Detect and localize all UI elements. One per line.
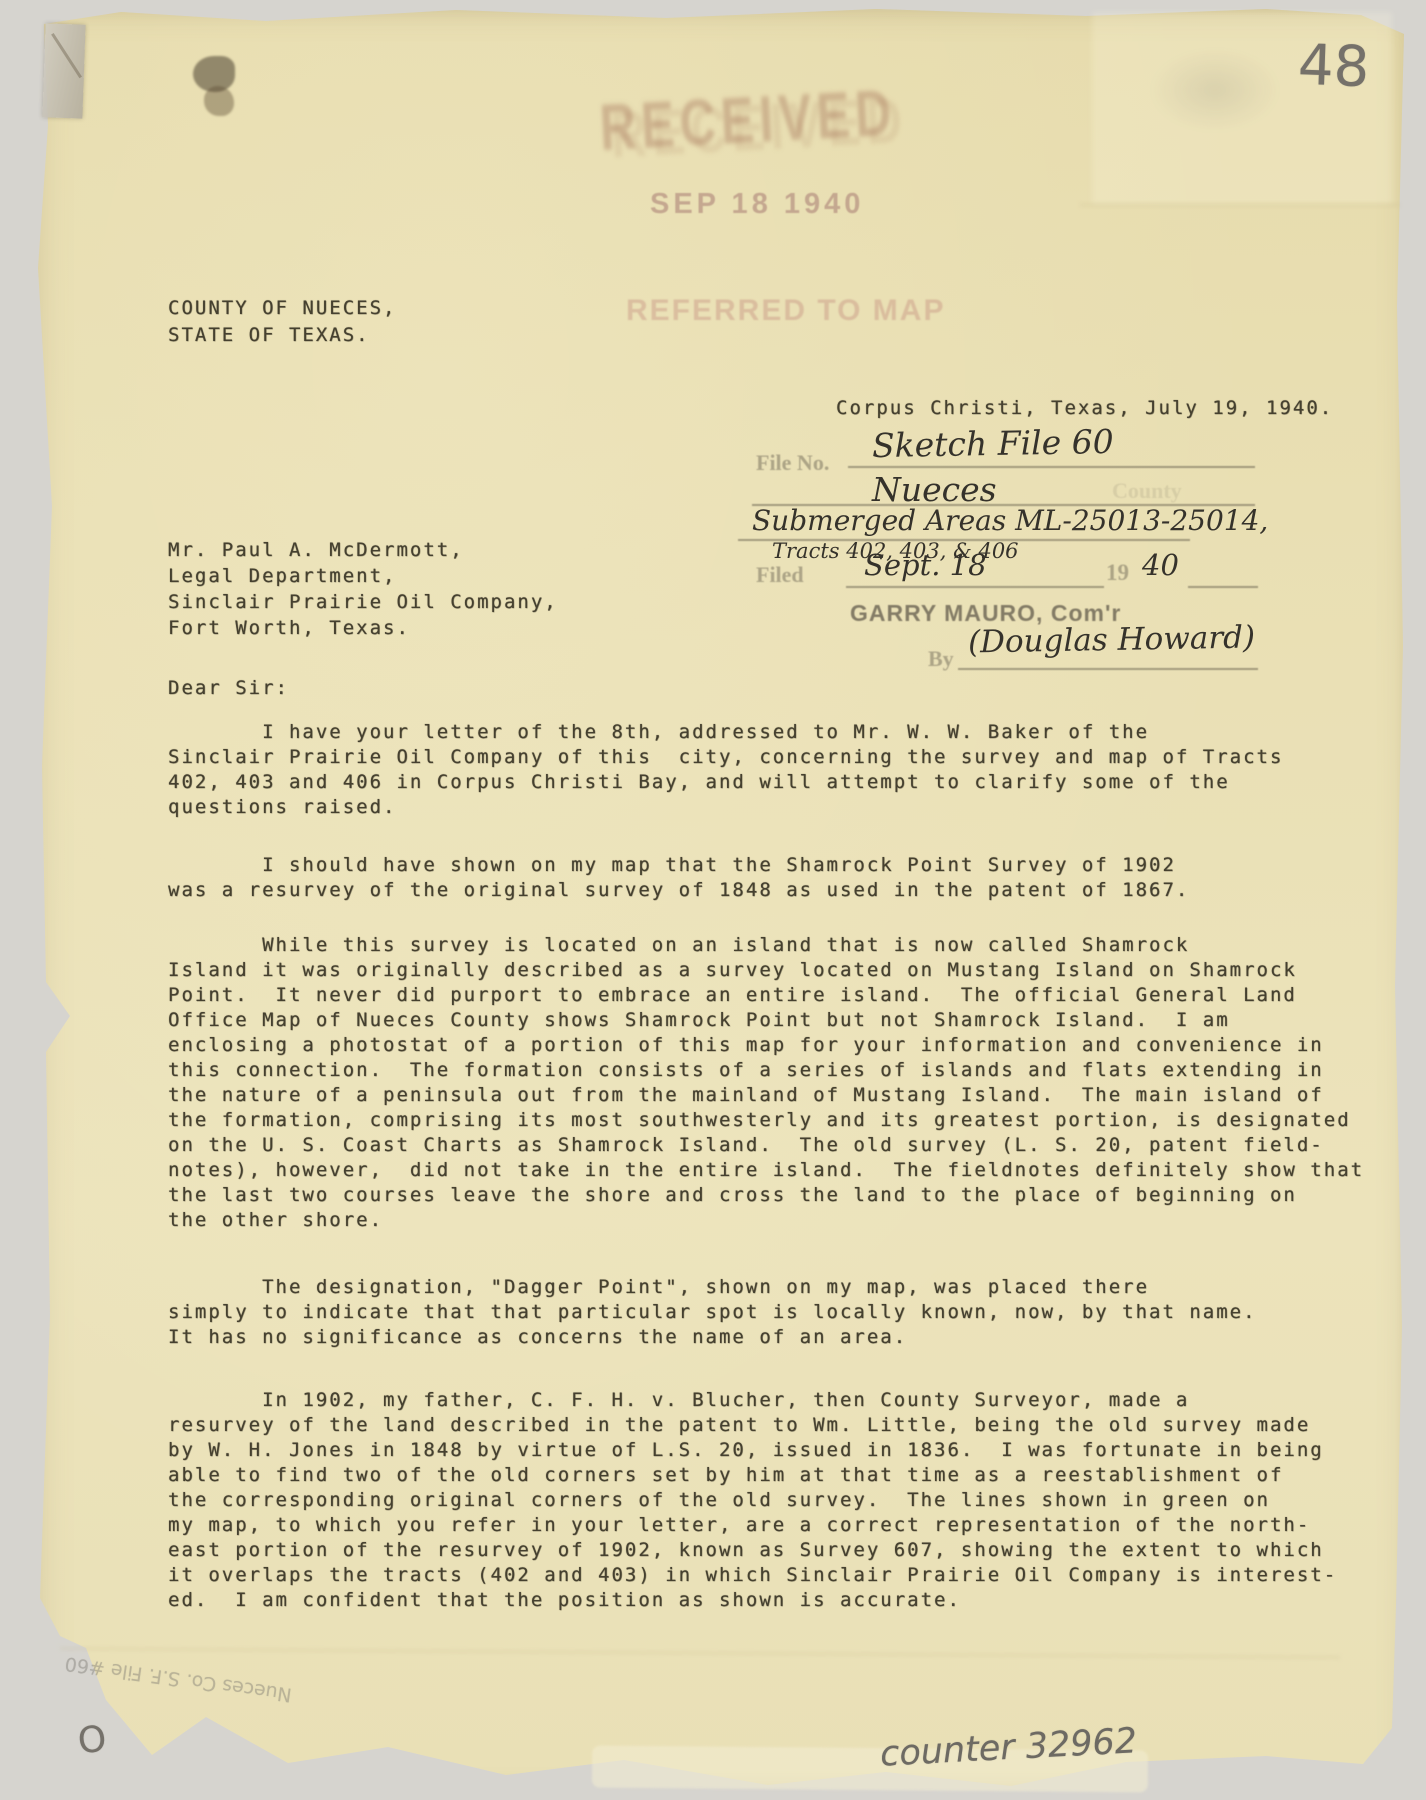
filed-underline-a xyxy=(846,564,1104,588)
tape-residue xyxy=(42,23,85,118)
recipient-line1: Mr. Paul A. McDermott, xyxy=(168,538,464,563)
referred-to-map-stamp: REFERRED TO MAP xyxy=(626,294,945,328)
recipient-line3: Sinclair Prairie Oil Company, xyxy=(168,590,558,615)
file-no-underline xyxy=(848,444,1255,468)
filed-year-prefix: 19 xyxy=(1106,560,1129,586)
sender-heading-line2: STATE OF TEXAS. xyxy=(168,323,370,348)
county-underline xyxy=(752,482,1255,506)
torn-spot-small xyxy=(204,86,234,116)
paragraph-1: I have your letter of the 8th, addressed… xyxy=(168,720,1283,820)
by-underline xyxy=(958,646,1258,670)
paragraph-3: While this survey is located on an islan… xyxy=(168,933,1364,1233)
filed-label: Filed xyxy=(756,562,804,588)
dateline: Corpus Christi, Texas, July 19, 1940. xyxy=(836,396,1333,421)
recipient-line4: Fort Worth, Texas. xyxy=(168,616,410,641)
areas-underline xyxy=(738,518,1190,541)
by-label: By xyxy=(928,646,954,672)
filed-underline-b xyxy=(1188,564,1258,588)
received-stamp: RECEIVED xyxy=(598,76,898,166)
paragraph-4: The designation, "Dagger Point", shown o… xyxy=(168,1275,1257,1350)
page-number-pencil: 48 xyxy=(1297,33,1370,100)
salutation: Dear Sir: xyxy=(168,676,289,701)
crease-line xyxy=(1080,204,1400,206)
file-no-label: File No. xyxy=(756,450,829,476)
filed-year-suffix: 40 xyxy=(1142,548,1179,582)
sender-heading-line1: COUNTY OF NUECES, xyxy=(168,296,396,321)
paragraph-2: I should have shown on my map that the S… xyxy=(168,853,1189,903)
scanned-letter-page: { "colors": { "paper": "#e9dfb4", "typew… xyxy=(0,0,1426,1800)
received-date-stamp: SEP 18 1940 xyxy=(650,188,864,221)
paragraph-5: In 1902, my father, C. F. H. v. Blucher,… xyxy=(168,1388,1337,1613)
recipient-line2: Legal Department, xyxy=(168,564,396,589)
corner-mark-pencil: O xyxy=(76,1719,108,1763)
